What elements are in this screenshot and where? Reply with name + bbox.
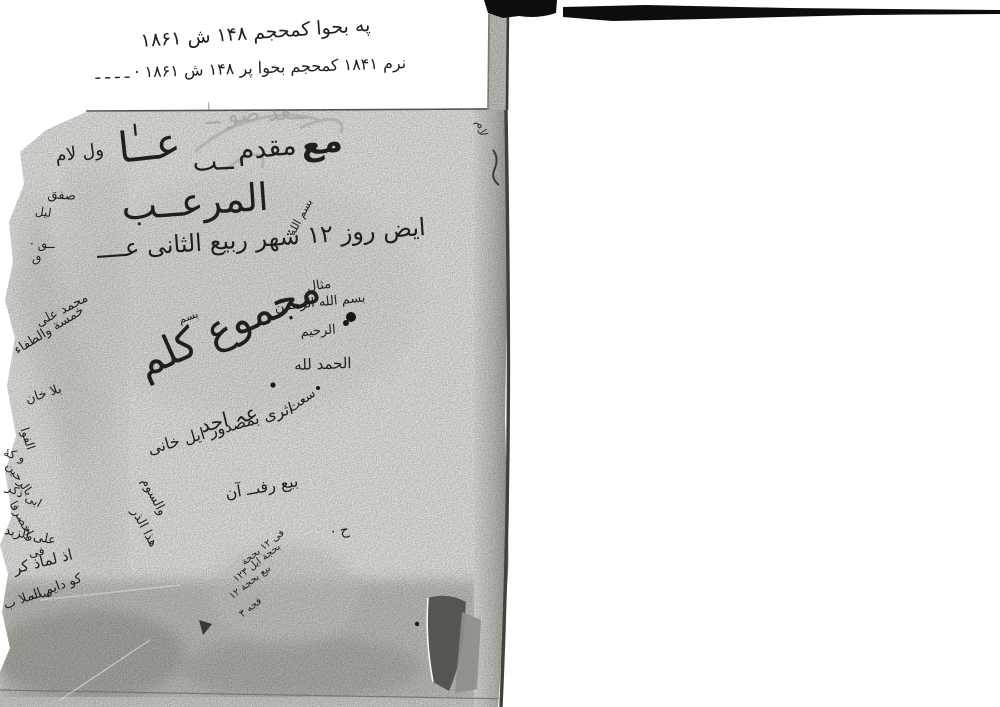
title-fragment-1: عــٰا: [116, 121, 183, 169]
ink-dot: [270, 382, 275, 387]
title-fragment-4: مع: [298, 123, 344, 161]
margin-note: لام: [473, 120, 488, 137]
faint-header-scrawl: ــعد ضو ــٰ: [205, 99, 306, 128]
stray-mark: ح ·: [330, 523, 350, 540]
title-word: المرعــب: [120, 178, 270, 226]
basmala-line-2: الرحیم: [300, 324, 336, 339]
margin-note: صفق: [47, 188, 76, 203]
margin-note: ٯ: [32, 252, 41, 264]
margin-note: ــٯ ·: [30, 238, 55, 250]
ink-dot: [316, 386, 320, 390]
title-fragment-3: مقدم: [236, 132, 298, 165]
ink-blot-small: [343, 320, 349, 326]
hamdala-note: الحمد لله: [294, 356, 352, 373]
manuscript-scan-page: په بحوا کمحجم ۱۴۸ ش ۱۸۶۱ نرم ۱۸۴۱ کمحجم …: [0, 0, 1000, 707]
spine-strip: [488, 11, 508, 110]
ink-dot: [415, 622, 419, 626]
title-fragment-2: ــٮ: [192, 148, 234, 176]
margin-note: لیل: [34, 205, 52, 219]
